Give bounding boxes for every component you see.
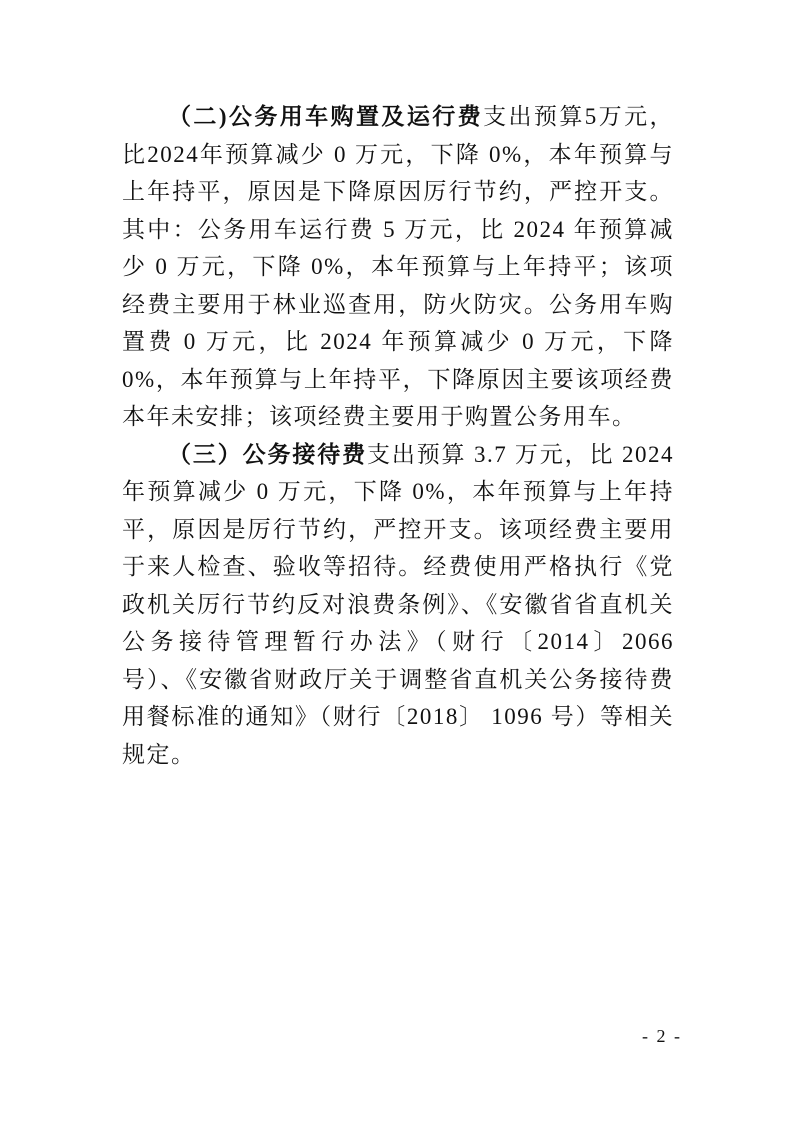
paragraph-heading-official-vehicle: （二)公务用车购置及运行费 (168, 104, 483, 129)
paragraph-body-official-vehicle: 支出预算5万元，比2024年预算减少 0 万元，下降 0%，本年预算与上年持平，… (122, 104, 674, 429)
paragraph-body-official-reception: 支出预算 3.7 万元，比 2024 年预算减少 0 万元，下降 0%，本年预算… (122, 442, 674, 767)
page-number: - 2 - (642, 1026, 682, 1047)
paragraph-heading-official-reception: （三）公务接待费 (168, 442, 367, 467)
paragraph-official-vehicle-budget: （二)公务用车购置及运行费支出预算5万元，比2024年预算减少 0 万元，下降 … (122, 98, 674, 436)
paragraph-official-reception-budget: （三）公务接待费支出预算 3.7 万元，比 2024 年预算减少 0 万元，下降… (122, 436, 674, 774)
document-text-block: （二)公务用车购置及运行费支出预算5万元，比2024年预算减少 0 万元，下降 … (122, 98, 674, 773)
document-page: （二)公务用车购置及运行费支出预算5万元，比2024年预算减少 0 万元，下降 … (0, 0, 794, 1122)
page-footer: - 2 - (0, 1026, 794, 1047)
